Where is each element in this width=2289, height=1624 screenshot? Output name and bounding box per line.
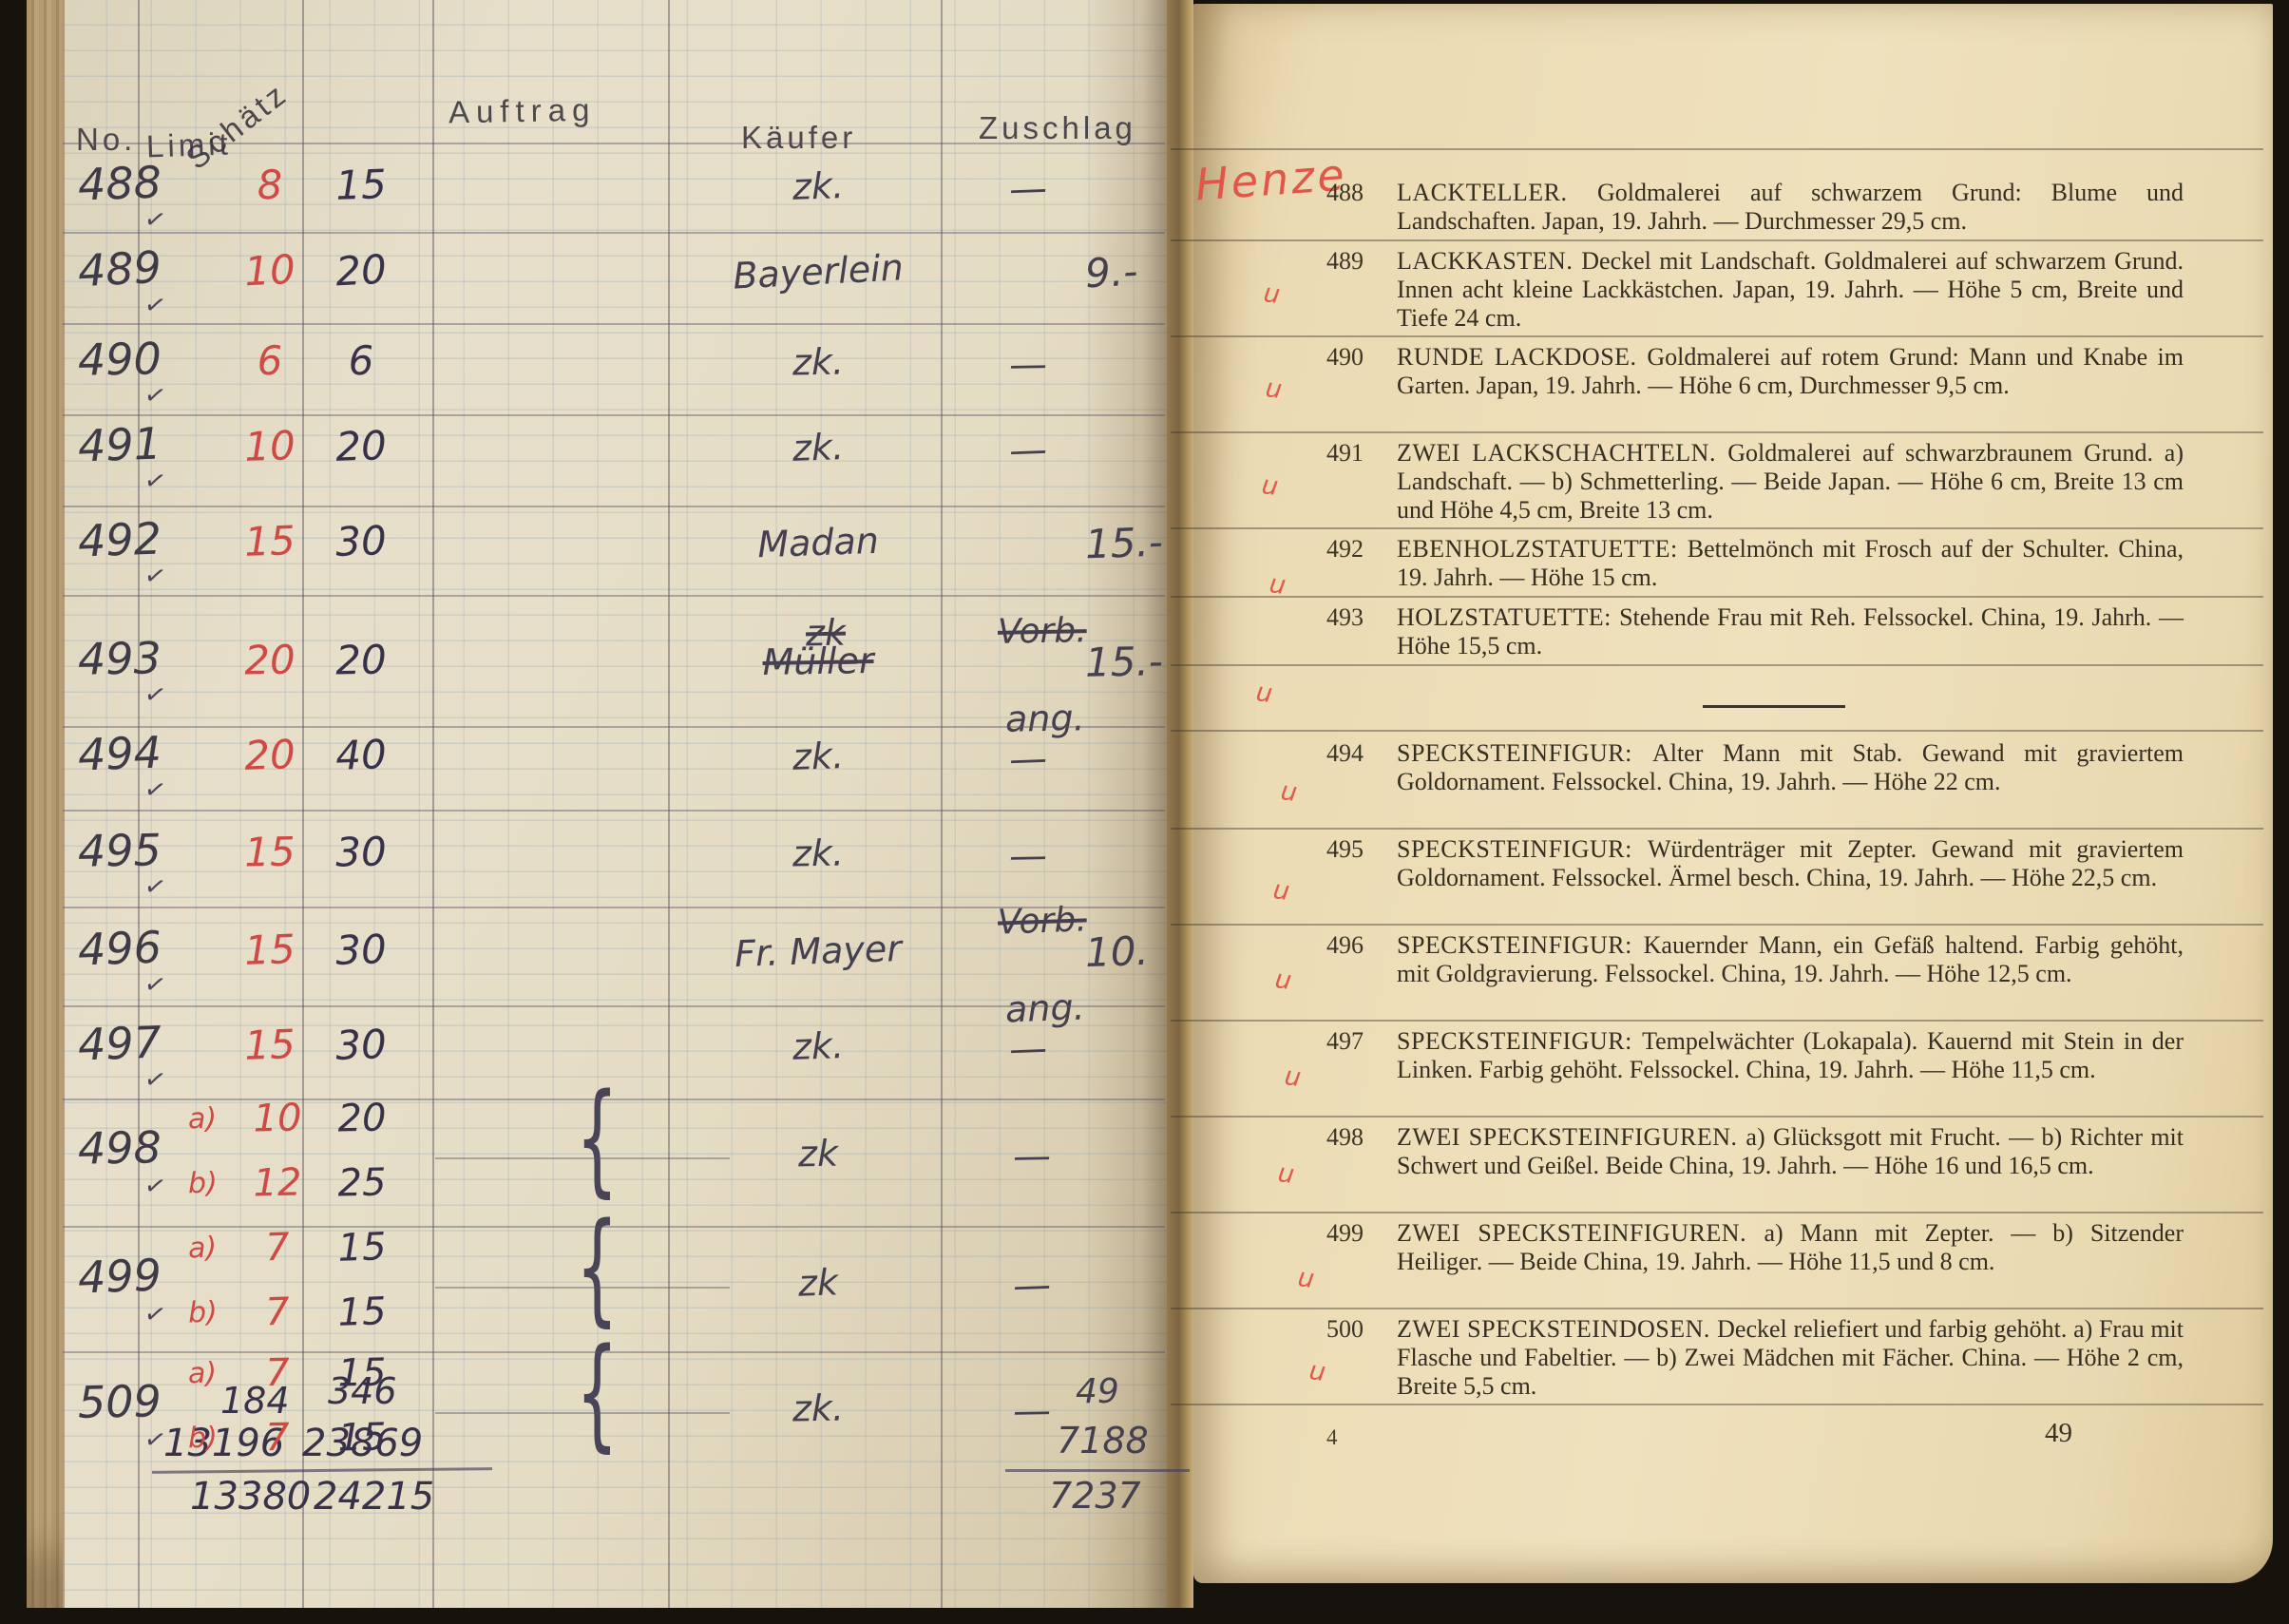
catalog-entry-rule [1171,596,2263,598]
catalog-lot-number: 499 [1326,1219,1385,1248]
catalog-entry-rule [1171,730,2263,732]
schatz-value: 40 [311,730,411,780]
auction-ledger-photo: No. Limit Schätz Auftrag Käufer Zuschlag… [0,0,2289,1624]
lot-number: 509 [78,1375,162,1428]
ledger-row-rule [63,1005,1165,1007]
page-curl-shadow [1083,0,1167,1608]
col-header-zuschlag: Zuschlag [979,110,1136,146]
limit-value: 15 [225,1020,315,1069]
catalog-entry-rule [1171,1308,2263,1309]
ledger-margin-line [63,0,65,1608]
catalog-lot-number: 494 [1326,739,1385,768]
ledger-row-rule [63,1226,1165,1228]
catalog-entry-text: EBENHOLZSTATUETTE: Bettelmönch mit Frosc… [1397,535,2184,592]
col-header-auftrag: Auftrag [448,92,597,131]
book-page-edges [27,0,63,1608]
catalog-entry-title: SPECKSTEINFIGUR: [1397,835,1648,863]
ledger-subrow-rule [435,1157,730,1159]
buyer-name: zk [680,1130,957,1176]
hammer-price: — [1008,1026,1048,1071]
catalog-entry-text: ZWEI SPECKSTEINFIGUREN. a) Glücksgott mi… [1397,1123,2184,1180]
catalog-entry-text: LACKTELLER. Goldmalerei auf schwarzem Gr… [1397,179,2184,236]
limit-value: 10 [225,245,315,296]
catalog-lot-number: 495 [1326,835,1385,864]
catalog-entry-title: ZWEI SPECKSTEINFIGUREN. [1397,1123,1745,1151]
catalog-entry-title: LACKTELLER. [1397,179,1597,206]
zuschlag-carryover: 7188 [1057,1420,1149,1462]
catalog-entry-text: LACKKASTEN. Deckel mit Landschaft. Goldm… [1397,247,2184,333]
hammer-price: — [1008,736,1048,781]
catalog-entry-text: ZWEI LACKSCHACHTELN. Goldmalerei auf sch… [1397,439,2184,525]
schatz-value: 30 [312,828,411,876]
limit-value: 10 [225,421,315,470]
limit-value: 8 [225,160,315,209]
catalog-lot-number: 493 [1326,603,1385,632]
hammer-price: — [1009,343,1048,388]
buyer-name: zk. [680,338,957,385]
schatz-value: 15 [318,1224,406,1271]
zuschlag-subtotal: 49 [1076,1372,1119,1411]
schatz-value: 15 [311,160,411,210]
catalog-lot-number: 498 [1326,1123,1385,1152]
limit-value: 10 [239,1096,316,1140]
hammer-note: ang. [1004,986,1085,1031]
schatz-total: 24215 [314,1475,434,1519]
sub-lot-label: b) [188,1167,218,1201]
red-buyer-annotation: Henze [1193,149,1348,211]
hammer-price: — [1013,1389,1052,1434]
limit-value: 7 [238,1225,316,1271]
hammer-price: — [1013,1135,1052,1179]
catalog-lot-number: 496 [1326,931,1385,960]
ledger-subrow-rule [435,1412,730,1414]
hammer-price: — [1009,834,1048,879]
zuschlag-rule [1005,1469,1190,1472]
limit-value: 7 [238,1290,316,1336]
ledger-row-rule [63,232,1165,234]
catalog-entry-title: SPECKSTEINFIGUR: [1397,739,1652,767]
catalog-entry-rule [1171,335,2263,337]
ledger-row-rule [63,907,1165,908]
catalog-entry-title: HOLZSTATUETTE: [1397,603,1619,631]
catalog-entry-rule [1171,527,2263,529]
catalog-lot-number: 500 [1326,1315,1385,1344]
catalog-entry-title: ZWEI SPECKSTEINFIGUREN. [1397,1219,1764,1247]
hammer-price: 9.- [1084,248,1139,297]
schatz-value: 30 [311,925,411,975]
catalog-lot-number: 497 [1326,1027,1385,1056]
catalog-entry-rule [1171,239,2263,241]
lot-number: 488 [77,156,162,210]
lot-number: 491 [77,417,162,471]
catalog-lot-number: 490 [1326,343,1385,372]
schatz-value: 6 [312,336,411,385]
limit-value: 6 [226,336,315,385]
catalog-entry-rule [1171,148,2263,150]
lot-number: 496 [77,921,162,975]
ledger-column-line [138,0,140,1608]
ledger-row-rule [63,414,1165,416]
catalog-entry-text: SPECKSTEINFIGUR: Alter Mann mit Stab. Ge… [1397,739,2184,796]
ledger-row-rule [63,323,1165,325]
hammer-price: — [1012,1263,1052,1308]
catalog-entry-text: SPECKSTEINFIGUR: Tempelwächter (Lokapala… [1397,1027,2184,1084]
ledger-row-rule [63,143,1165,144]
sub-lot-label: a) [187,1231,217,1265]
sub-lot-label: b) [187,1295,218,1329]
signature-mark: 4 [1326,1425,1338,1450]
catalog-entry-rule [1171,1020,2263,1022]
catalog-lot-number: 491 [1326,439,1385,468]
buyer-name: Müller [680,638,957,684]
sub-lot-label: b) [188,1422,218,1456]
ledger-row-rule [63,1099,1165,1100]
schatz-value: 15 [319,1415,406,1461]
limit-value: 15 [225,925,315,974]
sub-lot-label: a) [188,1102,218,1137]
lot-number: 495 [78,824,162,877]
catalog-entry-text: SPECKSTEINFIGUR: Kauernder Mann, ein Gef… [1397,931,2184,988]
limit-value: 12 [239,1160,316,1205]
schatz-value: 20 [319,1096,406,1141]
col-header-kaufer: Käufer [741,120,856,156]
catalog-lot-number: 492 [1326,535,1385,564]
buyer-name: zk. [680,830,957,876]
catalog-entry-title: ZWEI SPECKSTEINDOSEN. [1397,1315,1717,1343]
ledger-subrow-rule [435,1287,730,1289]
catalog-entry-title: RUNDE LACKDOSE. [1397,343,1647,371]
ledger-column-line [668,0,670,1608]
zuschlag-total: 7237 [1049,1475,1141,1517]
hammer-price: 15.- [1085,638,1164,685]
catalog-entry-rule [1171,664,2263,666]
schatz-value: 15 [319,1350,406,1396]
limit-value: 15 [225,516,315,565]
hammer-price: — [1008,428,1048,472]
limit-value: 7 [239,1350,316,1395]
schatz-value: 30 [311,1020,411,1070]
grouping-brace: { [576,1197,619,1339]
schatz-value: 20 [311,421,411,471]
lot-number: 499 [77,1249,162,1303]
hammer-price: 15.- [1084,519,1164,568]
catalog-entry-rule [1171,1116,2263,1118]
sub-lot-label: a) [188,1357,218,1391]
catalog-lot-number: 488 [1326,179,1385,207]
catalog-entry-title: LACKKASTEN. [1397,247,1581,275]
col-header-no: No. [76,122,136,158]
catalog-entry-title: SPECKSTEINFIGUR: [1397,931,1644,959]
ledger-row-rule [63,506,1165,507]
schatz-value: 20 [312,636,411,684]
catalog-entry-text: HOLZSTATUETTE: Stehende Frau mit Reh. Fe… [1397,603,2184,660]
schatz-value: 25 [319,1160,406,1206]
ledger-row-rule [63,726,1165,728]
grouping-brace: { [576,1323,619,1464]
hammer-price: — [1008,166,1048,211]
ledger-column-line [941,0,943,1608]
catalog-entry-rule [1171,828,2263,830]
section-divider-rule [1703,705,1845,708]
limit-value: 20 [225,730,315,779]
schatz-value: 15 [318,1289,406,1335]
lot-number: 497 [77,1016,162,1070]
ledger-row-rule [63,595,1165,597]
hammer-price-crossed: Vorb. [998,611,1087,652]
limit-value: 7 [239,1415,316,1460]
lot-number: 492 [77,512,162,566]
buyer-name: zk. [680,1385,957,1431]
catalog-entry-title: ZWEI LACKSCHACHTELN. [1397,439,1727,467]
hammer-price: 10. [1084,927,1149,976]
catalog-entry-title: SPECKSTEINFIGUR: [1397,1027,1642,1055]
grouping-brace: { [576,1068,619,1210]
catalog-entry-text: RUNDE LACKDOSE. Goldmalerei auf rotem Gr… [1397,343,2184,400]
ledger-row-rule [63,810,1165,812]
ledger-column-line [432,0,434,1608]
schatz-value: 30 [311,516,411,566]
catalog-entry-title: EBENHOLZSTATUETTE: [1397,535,1688,563]
catalog-entry-rule [1171,431,2263,433]
catalog-entry-text: ZWEI SPECKSTEINFIGUREN. a) Mann mit Zept… [1397,1219,2184,1276]
catalog-entry-rule [1171,1212,2263,1213]
hammer-note: ang. [1005,697,1085,739]
catalog-entry-rule [1171,1404,2263,1405]
catalog-entry-rule [1171,924,2263,926]
limit-value: 15 [226,828,315,876]
lot-number: 498 [78,1121,162,1175]
schatz-value: 20 [311,244,411,296]
lot-number: 490 [78,333,162,386]
limit-value: 20 [226,636,315,684]
catalog-lot-number: 489 [1326,247,1385,276]
page-number: 49 [2045,1418,2072,1449]
lot-number: 494 [77,726,162,780]
limit-total: 13380 [190,1475,311,1519]
catalog-entry-text: SPECKSTEINFIGUR: Würdenträger mit Zepter… [1397,835,2184,892]
lot-number: 493 [78,632,162,685]
catalog-entry-text: ZWEI SPECKSTEINDOSEN. Deckel reliefiert … [1397,1315,2184,1401]
ledger-row-rule [63,1351,1165,1353]
